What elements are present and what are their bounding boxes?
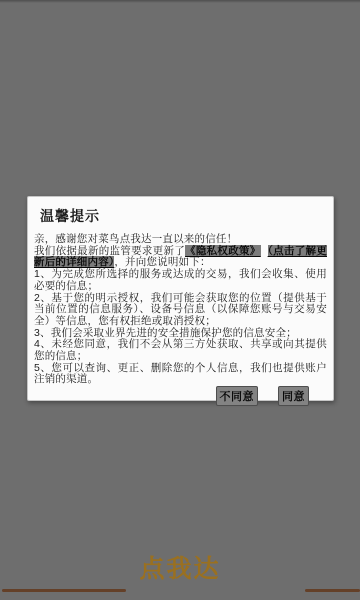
- agree-button[interactable]: 同意: [278, 386, 309, 406]
- update-prefix-text: 我们依据最新的监管要求更新了: [34, 245, 185, 257]
- dialog-title: 温馨提示: [34, 206, 327, 226]
- update-suffix-text: ，并向您说明如下：: [114, 256, 210, 268]
- screen-top-edge: [0, 0, 360, 3]
- clause-5: 5、您可以查询、更正、删除您的个人信息，我们也提供账户注销的渠道。: [34, 363, 327, 386]
- dialog-body: 亲，感谢您对菜鸟点我达一直以来的信任！ 我们依据最新的监管要求更新了《隐私权政策…: [34, 234, 327, 386]
- app-screen: 点我达 温馨提示 亲，感谢您对菜鸟点我达一直以来的信任！ 我们依据最新的监管要求…: [0, 0, 360, 600]
- clause-1: 1、为完成您所选择的服务或达成的交易，我们会收集、使用必要的信息；: [34, 269, 327, 292]
- loading-bar-left-segment: [2, 589, 126, 592]
- privacy-policy-link[interactable]: 《隐私权政策》: [185, 245, 261, 257]
- privacy-policy-dialog: 温馨提示 亲，感谢您对菜鸟点我达一直以来的信任！ 我们依据最新的监管要求更新了《…: [27, 196, 334, 401]
- app-logo: 点我达: [0, 549, 360, 585]
- update-notice-text: 我们依据最新的监管要求更新了《隐私权政策》（点击了解更新后的详细内容），并向您说…: [34, 246, 327, 269]
- disagree-button[interactable]: 不同意: [216, 386, 259, 406]
- clause-2: 2、基于您的明示授权，我们可能会获取您的位置（提供基于当前位置的信息服务）、设备…: [34, 293, 327, 328]
- loading-bar-right-segment: [305, 589, 360, 592]
- dialog-button-row: 不同意 同意: [34, 386, 327, 414]
- clause-4: 4、未经您同意，我们不会从第三方处获取、共享或向其提供您的信息；: [34, 339, 327, 362]
